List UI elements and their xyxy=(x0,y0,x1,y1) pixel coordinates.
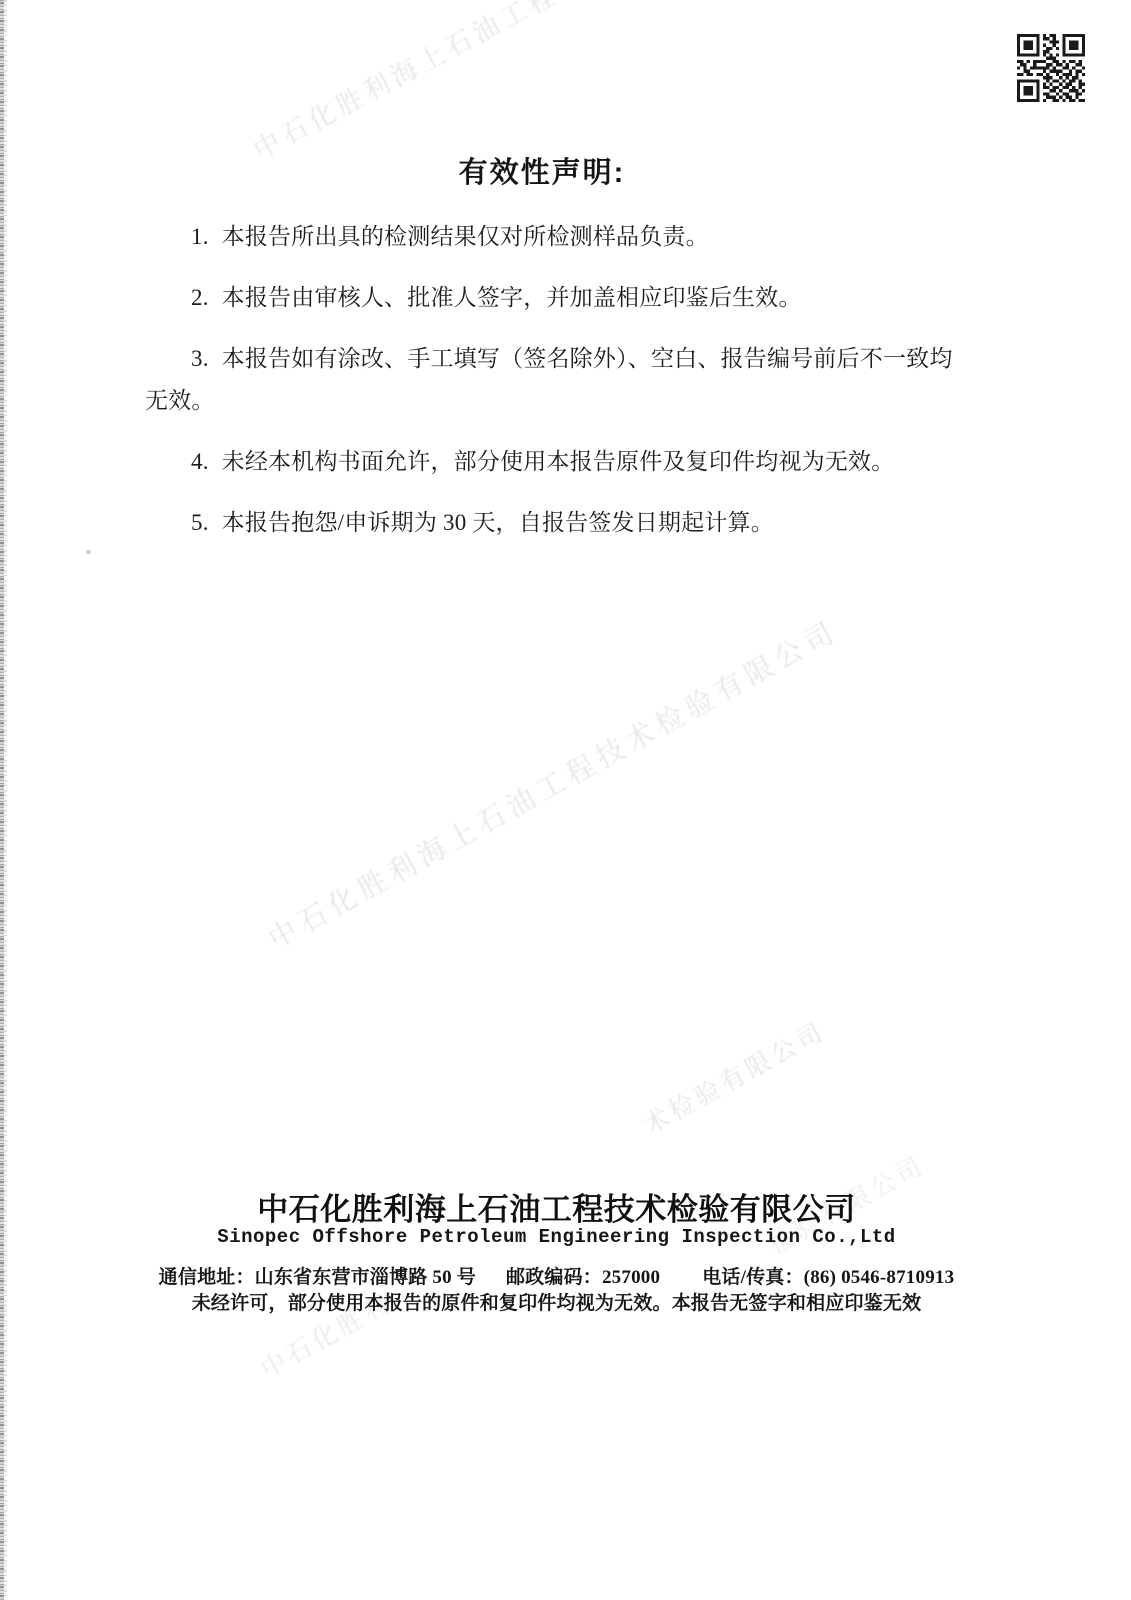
watermark-fragment: 术检验有限公司 xyxy=(636,1012,831,1142)
statement-text: 未经本机构书面允许，部分使用本报告原件及复印件均视为无效。 xyxy=(222,449,895,474)
contact-phone-fax: 电话/传真：(86) 0546-8710913 xyxy=(702,1267,954,1288)
statement-item: 3.本报告如有涂改、手工填写（签名除外）、空白、报告编号前后不一致均无效。 xyxy=(145,338,975,422)
footer-notice: 未经许可，部分使用本报告的原件和复印件均视为无效。本报告无签字和相应印鉴无效 xyxy=(0,1288,1131,1315)
contact-address: 通信地址：山东省东营市淄博路 50 号 xyxy=(159,1267,476,1288)
company-name-en: Sinopec Offshore Petroleum Engineering I… xyxy=(0,1226,1131,1248)
document-page: 中石化胜利海上石油工程 中石化胜利海上石油工程技术检验有限公司 术检验有限公司 … xyxy=(0,0,1131,1600)
statement-number: 1. xyxy=(191,224,209,249)
statement-number: 4. xyxy=(191,449,209,474)
statement-number: 5. xyxy=(191,510,209,535)
statement-item: 4.未经本机构书面允许，部分使用本报告原件及复印件均视为无效。 xyxy=(145,441,975,483)
statement-text: 本报告由审核人、批准人签字，并加盖相应印鉴后生效。 xyxy=(222,285,802,310)
scan-edge-artifact-light xyxy=(4,0,7,1600)
watermark-fragment: 中石化胜利海上石油工程 xyxy=(246,0,564,167)
statement-text: 本报告如有涂改、手工填写（签名除外）、空白、报告编号前后不一致均无效。 xyxy=(145,346,953,413)
statement-item: 1.本报告所出具的检测结果仅对所检测样品负责。 xyxy=(145,216,975,258)
statement-item: 5.本报告抱怨/申诉期为 30 天，自报告签发日期起计算。 xyxy=(145,502,975,544)
scan-speck xyxy=(86,550,91,554)
contact-postal-code: 邮政编码：257000 xyxy=(506,1267,660,1288)
contact-line: 通信地址：山东省东营市淄博路 50 号邮政编码：257000电话/传真：(86)… xyxy=(0,1262,1131,1289)
validity-statements: 1.本报告所出具的检测结果仅对所检测样品负责。 2.本报告由审核人、批准人签字，… xyxy=(145,216,975,563)
statement-text: 本报告抱怨/申诉期为 30 天，自报告签发日期起计算。 xyxy=(222,510,774,535)
statement-item: 2.本报告由审核人、批准人签字，并加盖相应印鉴后生效。 xyxy=(145,277,975,319)
statement-number: 3. xyxy=(191,346,209,371)
page-title: 有效性声明: xyxy=(0,150,1131,191)
statement-text: 本报告所出具的检测结果仅对所检测样品负责。 xyxy=(222,224,709,249)
watermark-fragment: 中石化胜利海上石油工程技术检验有限公司 xyxy=(260,609,844,957)
qr-code xyxy=(1017,34,1085,102)
company-name-cn: 中石化胜利海上石油工程技术检验有限公司 xyxy=(0,1184,1131,1229)
statement-number: 2. xyxy=(191,285,209,310)
